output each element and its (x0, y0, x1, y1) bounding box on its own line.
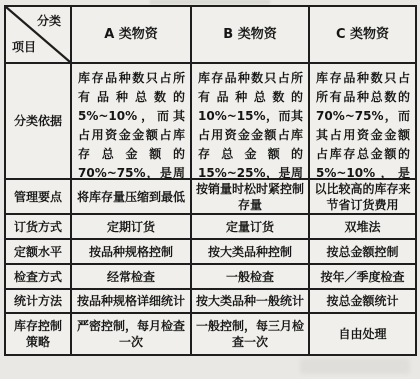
cell-strategy-b: 一般控制，每三月检查一次 (192, 314, 310, 354)
row-label-management-points: 管理要点 (6, 180, 72, 215)
cell-strategy-c: 自由处理 (310, 314, 415, 354)
cell-ordering-b: 定量订货 (192, 215, 310, 240)
cell-basis-b: 库存品种数只占所有品种总数的10%~15%，而其占用资金金额占库存总金额的15%… (192, 64, 310, 180)
cell-ordering-a: 定期订货 (72, 215, 192, 240)
row-label-statistics-method: 统计方法 (6, 290, 72, 314)
scan-smudge (150, 0, 270, 4)
cell-ordering-c: 双堆法 (310, 215, 415, 240)
row-label-classification-basis: 分类依据 (6, 64, 72, 180)
cell-quota-b: 按大类品种控制 (192, 240, 310, 265)
cell-quota-a: 按品种规格控制 (72, 240, 192, 265)
column-header-b: B 类物资 (192, 7, 310, 64)
row-label-quota-level: 定额水平 (6, 240, 72, 265)
cell-statistics-c: 按总金额统计 (310, 290, 415, 314)
scan-smudge (300, 358, 410, 374)
cell-strategy-a: 严密控制，每月检查一次 (72, 314, 192, 354)
cell-management-c: 以比较高的库存来节省订货费用 (310, 180, 415, 215)
cell-inspection-b: 一般检查 (192, 265, 310, 290)
cell-inspection-c: 按年／季度检查 (310, 265, 415, 290)
corner-header-cell: 分类 项目 (6, 7, 72, 64)
cell-inspection-a: 经常检查 (72, 265, 192, 290)
row-label-inspection-method: 检查方式 (6, 265, 72, 290)
corner-label-category: 分类 (37, 13, 61, 29)
row-label-inventory-control-strategy: 库存控制策略 (6, 314, 72, 354)
cell-basis-a: 库存品种数只占所有品种总数的5%~10%，而其占用资金金额占库存总金额的70%~… (72, 64, 192, 180)
column-header-a: A 类物资 (72, 7, 192, 64)
row-label-ordering-method: 订货方式 (6, 215, 72, 240)
cell-management-b: 按销量时松时紧控制存量 (192, 180, 310, 215)
cell-basis-c: 库存品种数只占所有品种总数的70%~75%，而其占用资金金额占库存总金额的5%~… (310, 64, 415, 180)
cell-statistics-a: 按品种规格详细统计 (72, 290, 192, 314)
cell-quota-c: 按总金额控制 (310, 240, 415, 265)
cell-statistics-b: 按大类品种一般统计 (192, 290, 310, 314)
column-header-c: C 类物资 (310, 7, 415, 64)
cell-management-a: 将库存量压缩到最低 (72, 180, 192, 215)
abc-classification-table: 分类 项目 A 类物资 B 类物资 C 类物资 分类依据 库存品种数只占所有品种… (4, 5, 417, 356)
corner-label-item: 项目 (12, 39, 36, 55)
